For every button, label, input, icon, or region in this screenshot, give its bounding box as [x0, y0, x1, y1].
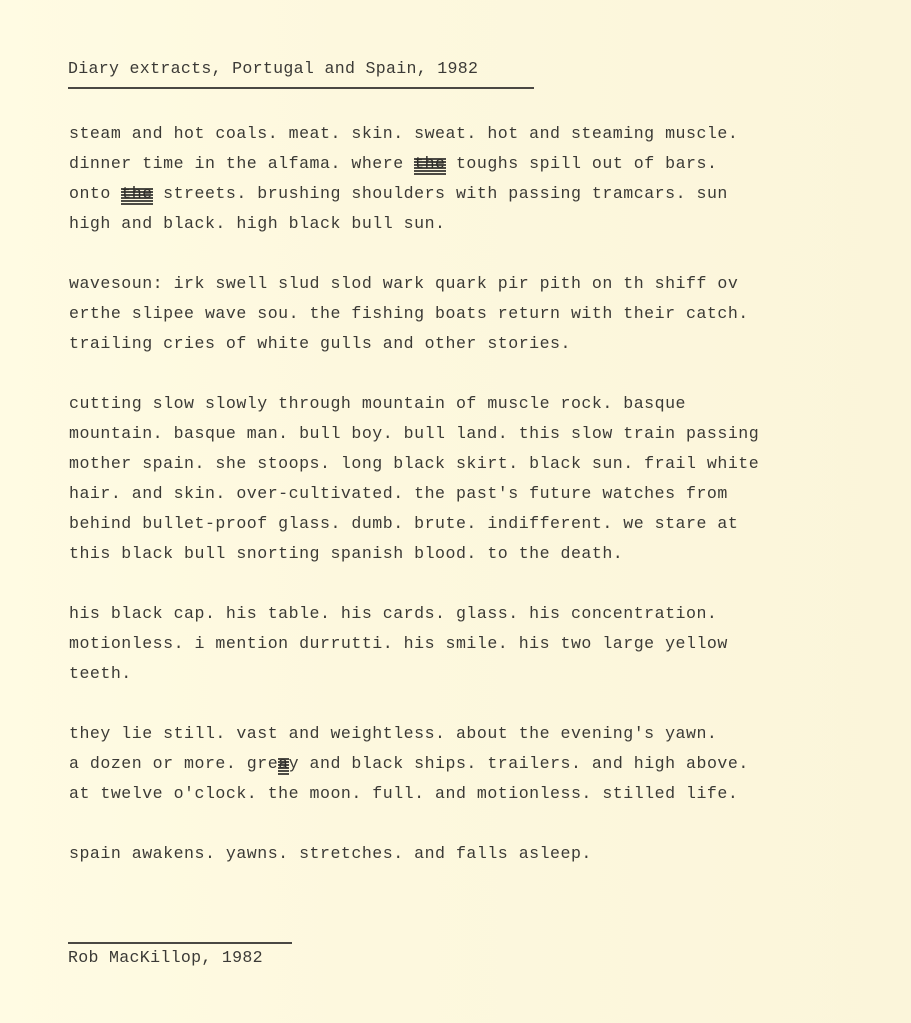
struck-out-text: the	[121, 179, 152, 209]
text-line: spain awakens. yawns. stretches. and fal…	[69, 839, 869, 869]
text-line: erthe slipee wave sou. the fishing boats…	[69, 299, 869, 329]
text-line: wavesoun: irk swell slud slod wark quark…	[69, 269, 869, 299]
typewritten-page: Diary extracts, Portugal and Spain, 1982…	[69, 57, 869, 899]
text-line: at twelve o'clock. the moon. full. and m…	[69, 779, 869, 809]
diary-paragraph: his black cap. his table. his cards. gla…	[69, 599, 869, 689]
text-line: onto the streets. brushing shoulders wit…	[69, 179, 869, 209]
text-line: his black cap. his table. his cards. gla…	[69, 599, 869, 629]
text-line: trailing cries of white gulls and other …	[69, 329, 869, 359]
diary-paragraph: steam and hot coals. meat. skin. sweat. …	[69, 119, 869, 239]
text-line: a dozen or more. greay and black ships. …	[69, 749, 869, 779]
text-line: high and black. high black bull sun.	[69, 209, 869, 239]
struck-out-text: a	[278, 749, 288, 779]
text-line: steam and hot coals. meat. skin. sweat. …	[69, 119, 869, 149]
text-line: they lie still. vast and weightless. abo…	[69, 719, 869, 749]
author-signature: Rob MacKillop, 1982	[68, 942, 292, 970]
text-line: this black bull snorting spanish blood. …	[69, 539, 869, 569]
diary-body: steam and hot coals. meat. skin. sweat. …	[69, 119, 869, 869]
text-line: motionless. i mention durrutti. his smil…	[69, 629, 869, 659]
text-line: cutting slow slowly through mountain of …	[69, 389, 869, 419]
diary-paragraph: they lie still. vast and weightless. abo…	[69, 719, 869, 809]
text-line: mountain. basque man. bull boy. bull lan…	[69, 419, 869, 449]
text-line: hair. and skin. over-cultivated. the pas…	[69, 479, 869, 509]
diary-paragraph: cutting slow slowly through mountain of …	[69, 389, 869, 569]
struck-out-text: the	[414, 149, 445, 179]
diary-paragraph: wavesoun: irk swell slud slod wark quark…	[69, 269, 869, 359]
text-line: mother spain. she stoops. long black ski…	[69, 449, 869, 479]
text-line: dinner time in the alfama. where the tou…	[69, 149, 869, 179]
document-title: Diary extracts, Portugal and Spain, 1982	[68, 57, 534, 89]
text-line: teeth.	[69, 659, 869, 689]
text-line: behind bullet-proof glass. dumb. brute. …	[69, 509, 869, 539]
diary-paragraph: spain awakens. yawns. stretches. and fal…	[69, 839, 869, 869]
